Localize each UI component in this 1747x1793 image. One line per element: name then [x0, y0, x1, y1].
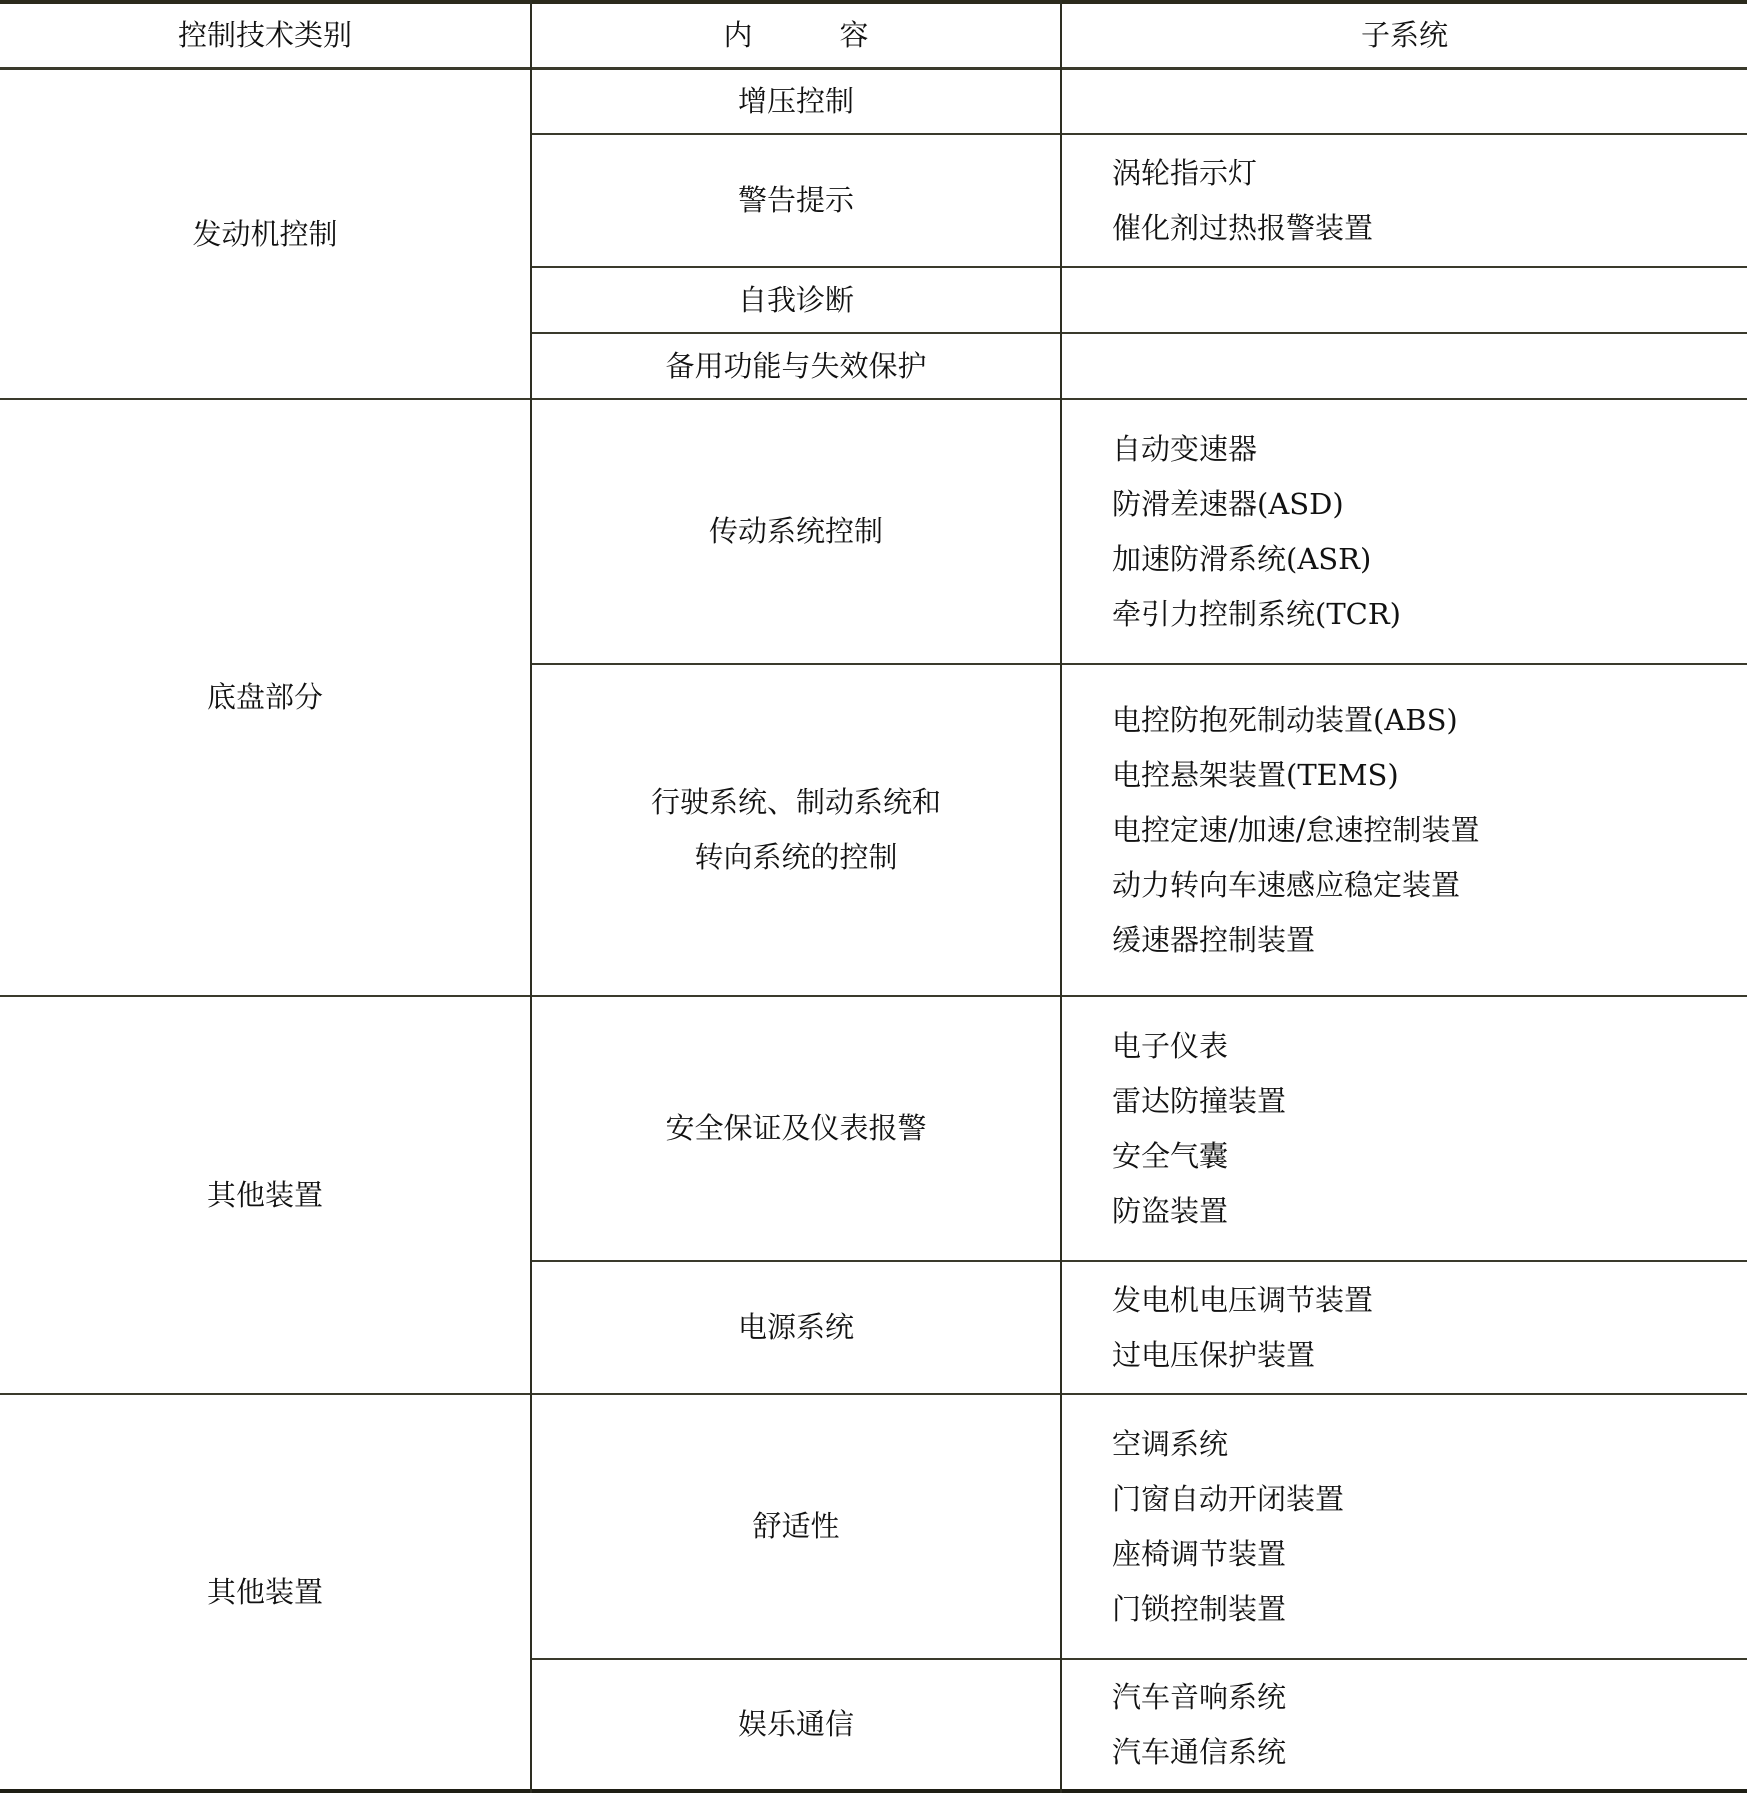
content-cell: 传动系统控制 — [532, 400, 1060, 663]
subsystem-cell: 电子仪表 雷达防撞装置 安全气囊 防盗装置 — [1112, 997, 1742, 1260]
header-content: 内 容 — [532, 3, 1060, 67]
subsystem-item: 涡轮指示灯 — [1112, 146, 1373, 201]
content-cell: 娱乐通信 — [532, 1660, 1060, 1789]
subsystem-item: 电控定速/加速/怠速控制装置 — [1112, 803, 1480, 858]
category-label: 其他装置 — [207, 1565, 323, 1620]
category-label: 发动机控制 — [192, 207, 337, 262]
subsystem-item: 发电机电压调节装置 — [1112, 1273, 1373, 1328]
header-category: 控制技术类别 — [0, 3, 530, 67]
subsystem-item: 防盗装置 — [1112, 1184, 1286, 1239]
content-label: 娱乐通信 — [738, 1697, 854, 1752]
column-divider — [1060, 0, 1062, 1793]
subsystem-item: 门锁控制装置 — [1112, 1582, 1344, 1637]
subsystem-item: 过电压保护装置 — [1112, 1328, 1373, 1383]
subsystem-item: 电子仪表 — [1112, 1019, 1286, 1074]
subsystem-item: 汽车音响系统 — [1112, 1670, 1286, 1725]
subsystem-cell: 空调系统 门窗自动开闭装置 座椅调节装置 门锁控制装置 — [1112, 1395, 1742, 1658]
subsystem-item: 催化剂过热报警装置 — [1112, 201, 1373, 256]
subsystem-item: 门窗自动开闭装置 — [1112, 1472, 1344, 1527]
content-cell: 舒适性 — [532, 1395, 1060, 1658]
category-cell: 其他装置 — [0, 997, 530, 1393]
subsystem-item: 加速防滑系统(ASR) — [1112, 532, 1401, 587]
subsystem-item: 空调系统 — [1112, 1417, 1344, 1472]
content-label: 转向系统的控制 — [651, 830, 941, 885]
control-technology-table: 控制技术类别 内 容 子系统 发动机控制 增压控制 警告提示 涡轮指示灯 催化剂… — [0, 0, 1747, 1793]
category-cell: 发动机控制 — [0, 70, 530, 398]
subsystem-item: 自动变速器 — [1112, 422, 1401, 477]
category-label: 其他装置 — [207, 1168, 323, 1223]
content-label: 舒适性 — [752, 1499, 839, 1554]
subsystem-item: 雷达防撞装置 — [1112, 1074, 1286, 1129]
bottom-border — [0, 1789, 1747, 1793]
subsystem-item: 座椅调节装置 — [1112, 1527, 1344, 1582]
content-cell: 增压控制 — [532, 70, 1060, 133]
subsystem-item: 汽车通信系统 — [1112, 1725, 1286, 1780]
content-cell: 备用功能与失效保护 — [532, 334, 1060, 398]
subsystem-cell: 电控防抱死制动装置(ABS) 电控悬架装置(TEMS) 电控定速/加速/怠速控制… — [1112, 665, 1742, 995]
subsystem-item: 缓速器控制装置 — [1112, 913, 1480, 968]
subsystem-item: 电控悬架装置(TEMS) — [1112, 748, 1480, 803]
content-label: 自我诊断 — [738, 273, 854, 328]
content-label: 传动系统控制 — [709, 504, 883, 559]
subsystem-item: 牵引力控制系统(TCR) — [1112, 587, 1401, 642]
subsystem-cell: 汽车音响系统 汽车通信系统 — [1112, 1660, 1742, 1789]
header-subsystem-label: 子系统 — [1361, 8, 1448, 63]
content-cell: 安全保证及仪表报警 — [532, 997, 1060, 1260]
content-label: 增压控制 — [738, 74, 854, 129]
subsystem-item: 安全气囊 — [1112, 1129, 1286, 1184]
category-cell: 底盘部分 — [0, 400, 530, 995]
subsystem-item: 防滑差速器(ASD) — [1112, 477, 1401, 532]
subsystem-item: 电控防抱死制动装置(ABS) — [1112, 693, 1480, 748]
subsystem-cell: 发电机电压调节装置 过电压保护装置 — [1112, 1262, 1742, 1393]
content-cell: 自我诊断 — [532, 268, 1060, 332]
content-label: 警告提示 — [738, 173, 854, 228]
content-label: 电源系统 — [738, 1300, 854, 1355]
subsystem-item: 动力转向车速感应稳定装置 — [1112, 858, 1480, 913]
category-cell: 其他装置 — [0, 1395, 530, 1789]
header-category-label: 控制技术类别 — [178, 8, 352, 63]
subsystem-cell: 自动变速器 防滑差速器(ASD) 加速防滑系统(ASR) 牵引力控制系统(TCR… — [1112, 400, 1742, 663]
content-label: 安全保证及仪表报警 — [665, 1101, 926, 1156]
content-label: 行驶系统、制动系统和 — [651, 775, 941, 830]
subsystem-cell: 涡轮指示灯 催化剂过热报警装置 — [1112, 135, 1742, 266]
header-content-label: 内 容 — [723, 8, 868, 63]
category-label: 底盘部分 — [207, 670, 323, 725]
content-cell: 电源系统 — [532, 1262, 1060, 1393]
header-subsystem: 子系统 — [1062, 3, 1747, 67]
content-cell: 行驶系统、制动系统和 转向系统的控制 — [532, 665, 1060, 995]
content-label: 备用功能与失效保护 — [665, 339, 926, 394]
content-cell: 警告提示 — [532, 135, 1060, 266]
